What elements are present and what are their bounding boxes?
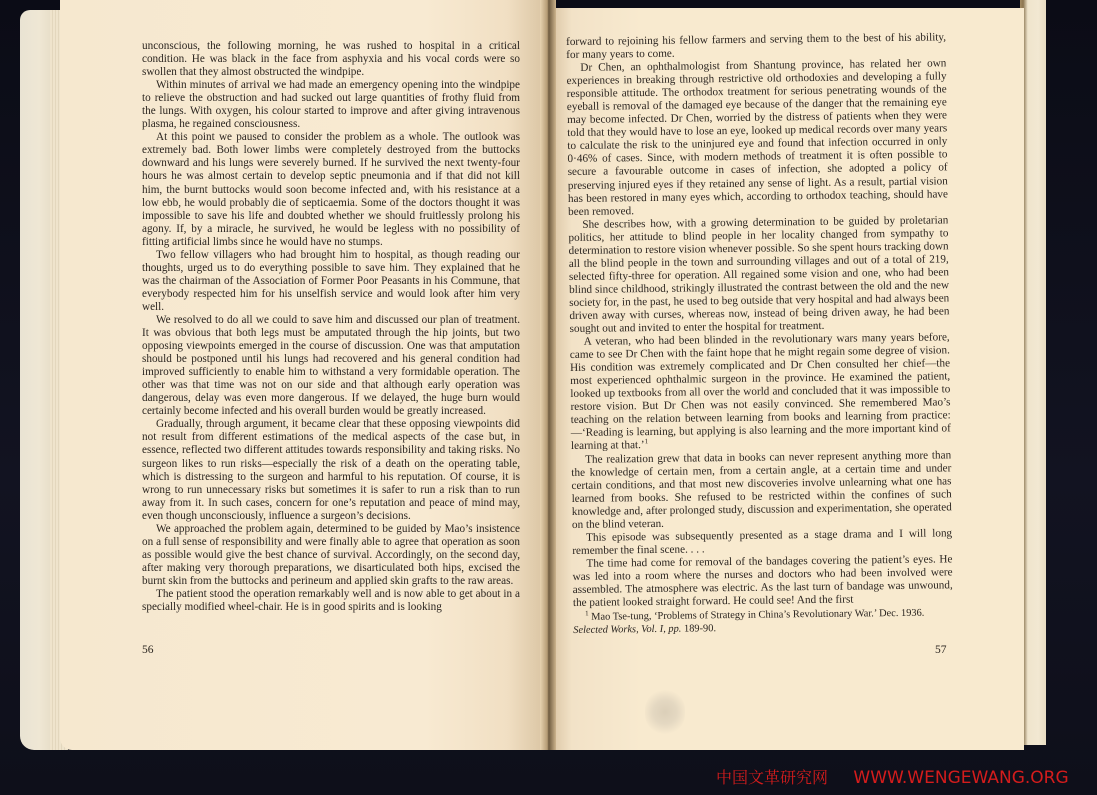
paragraph: unconscious, the following morning, he w… [142,40,520,79]
watermark-chinese: 中国文革研究网 [716,768,828,787]
footnote-marker: 1 [585,609,589,617]
paragraph: She describes how, with a growing determ… [568,214,949,336]
paragraph: The patient stood the operation remarkab… [142,588,520,614]
paragraph: At this point we paused to consider the … [142,131,520,248]
paragraph: Gradually, through argument, it became c… [142,418,520,522]
paragraph: The realization grew that data in books … [571,449,952,532]
paragraph: We approached the problem again, determi… [142,523,520,588]
left-page-text: unconscious, the following morning, he w… [142,40,520,614]
paragraph: Within minutes of arrival we had made an… [142,79,520,131]
footnote-italic: Selected Works, Vol. I, pp. [573,623,681,635]
footnote-source: Selected Works, Vol. I, pp. 189-90. [573,623,716,636]
page-number-right: 57 [935,644,947,656]
footnote-citation: 1 Mao Tse-tung, ‘Problems of Strategy in… [573,607,953,624]
right-page-text: forward to rejoining his fellow farmers … [566,31,953,637]
watermark: 中国文革研究网 WWW.WENGEWANG.ORG [716,765,1069,788]
footnote-pages: 189-90. [681,623,716,634]
paragraph: We resolved to do all we could to save h… [142,314,520,418]
paragraph: Two fellow villagers who had brought him… [142,249,520,314]
footnote: 1 Mao Tse-tung, ‘Problems of Strategy in… [573,607,953,637]
watermark-url: WWW.WENGEWANG.ORG [853,768,1068,788]
page-number-left: 56 [142,644,154,656]
footnote-text: Mao Tse-tung, ‘Problems of Strategy in C… [591,608,924,623]
paragraph: The time had come for removal of the ban… [572,553,953,610]
paragraph: Dr Chen, an ophthalmologist from Shantun… [566,57,948,218]
book-gutter [540,0,556,750]
paragraph-with-footnote: A veteran, who had been blinded in the r… [570,331,951,453]
paper-stain [645,690,685,734]
paragraph-text: A veteran, who had been blinded in the r… [570,331,951,452]
footnote-reference: 1 [645,438,649,446]
